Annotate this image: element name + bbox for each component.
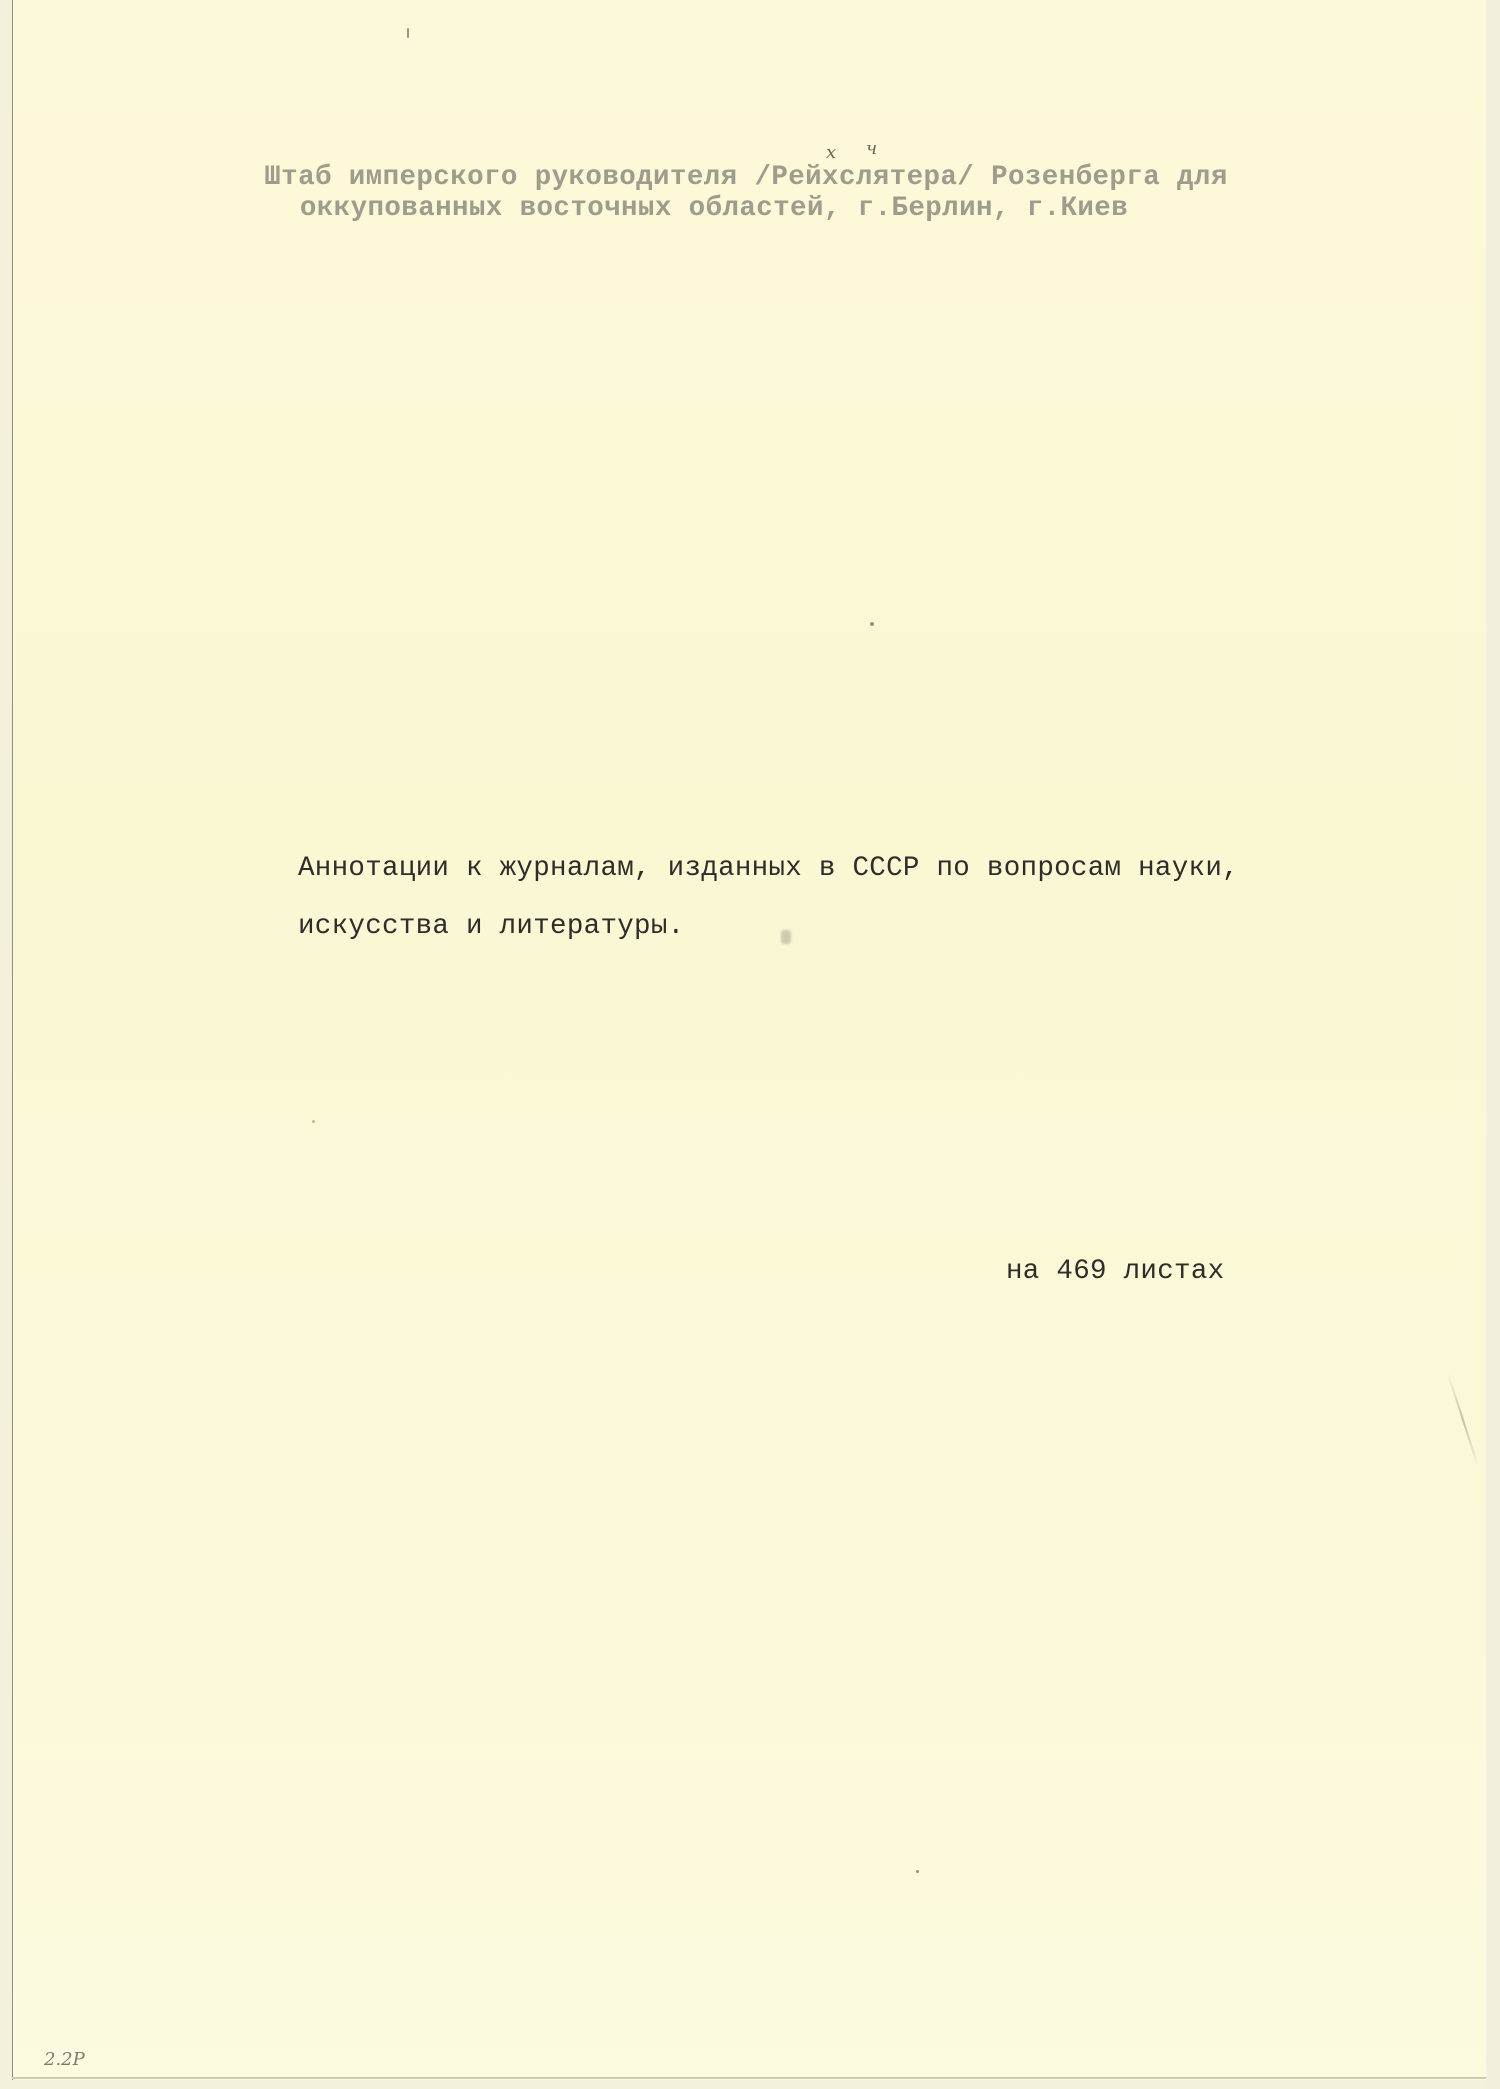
- handwritten-correction: х: [826, 142, 836, 163]
- paper-speck: [870, 622, 874, 626]
- handwritten-correction: ч: [866, 138, 877, 159]
- document-title: Аннотации к журналам, изданных в СССР по…: [298, 840, 1239, 956]
- title-line-1: Аннотации к журналам, изданных в СССР по…: [298, 840, 1239, 898]
- sheet-count: на 469 листах: [1006, 1256, 1224, 1287]
- archive-corner-note: 2.2P: [44, 2049, 85, 2070]
- header-line-1: Штаб имперского руководителя /Рейхслятер…: [0, 162, 1500, 193]
- title-line-2: искусства и литературы.: [298, 898, 1239, 956]
- paper-mark: [407, 28, 409, 38]
- document-header: Штаб имперского руководителя /Рейхслятер…: [0, 162, 1500, 224]
- paper-speck: [916, 1870, 919, 1873]
- scan-margin: [1486, 0, 1500, 2089]
- paper-speck: [312, 1120, 315, 1123]
- header-line-2: оккупованных восточных областей, г.Берли…: [0, 193, 1500, 224]
- sheet-edge: [12, 2077, 1488, 2079]
- document-sheet: [12, 0, 1486, 2080]
